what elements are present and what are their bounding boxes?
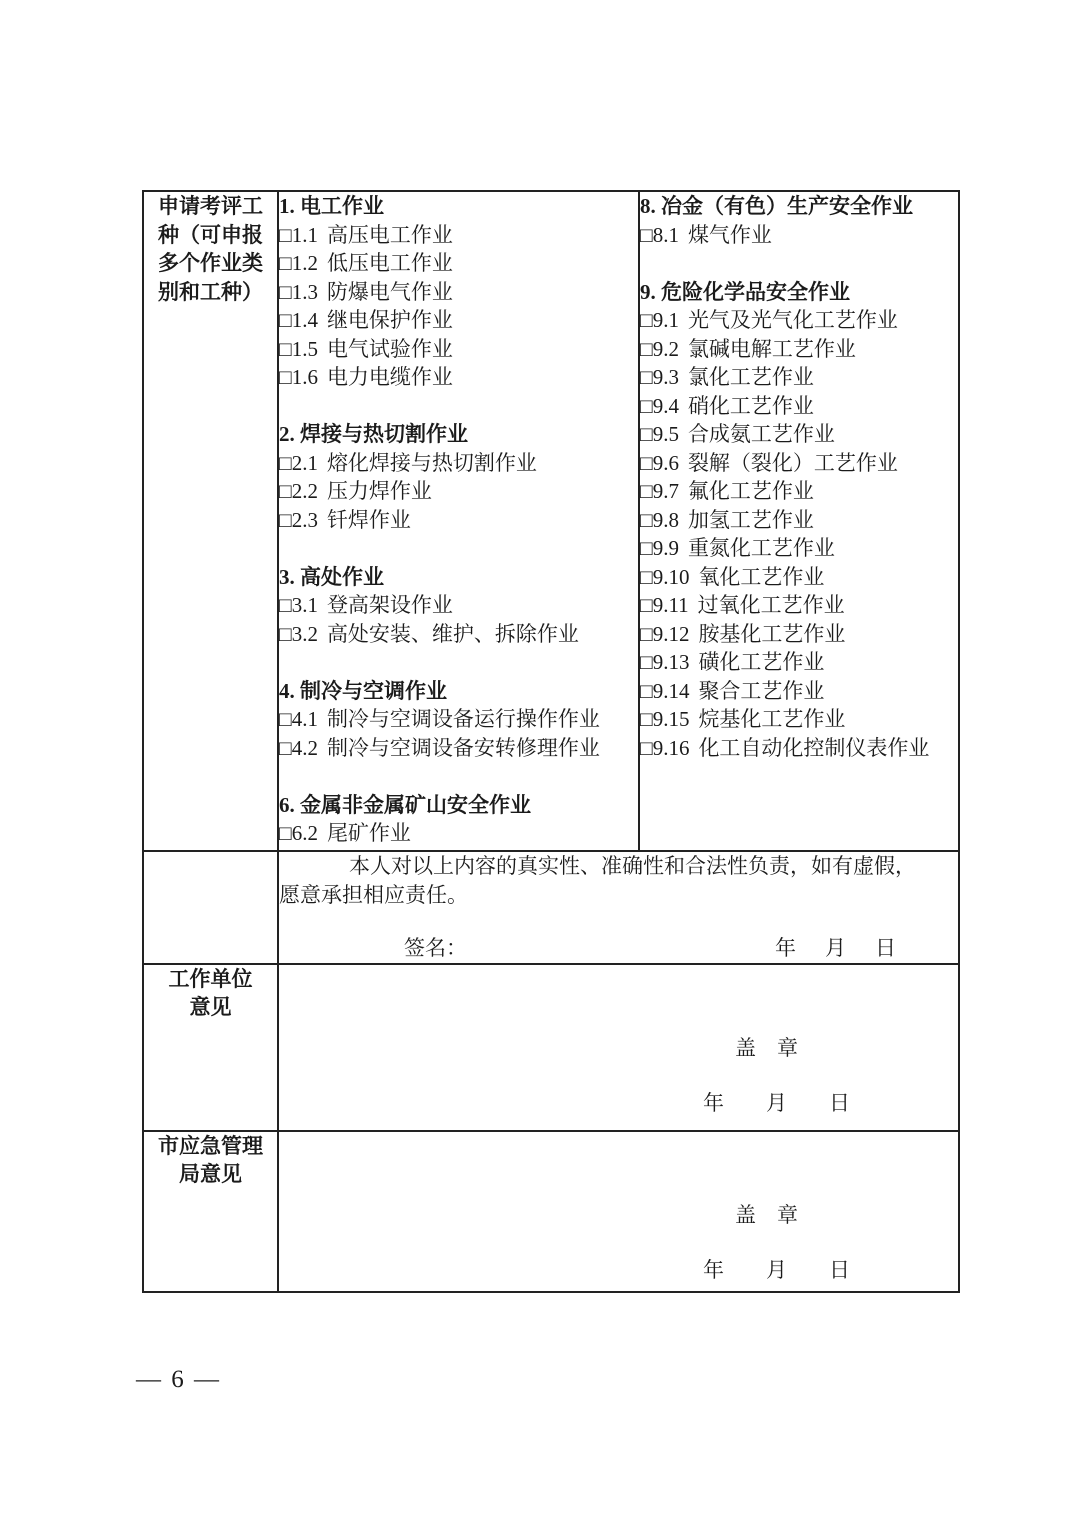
item-code: 9.4: [653, 394, 679, 418]
checkbox-item: □2.3钎焊作业: [279, 506, 638, 535]
checkbox-item: □9.7氟化工艺作业: [640, 477, 958, 506]
checkbox-item: □9.2氯碱电解工艺作业: [640, 335, 958, 364]
item-code: 9.6: [653, 451, 679, 475]
item-code: 3.2: [292, 622, 318, 646]
item-label: 高压电工作业: [327, 223, 453, 247]
item-label: 化工自动化控制仪表作业: [698, 736, 929, 760]
checkbox-icon: □: [640, 650, 653, 674]
item-label: 尾矿作业: [327, 821, 411, 845]
worktype-group: 4. 制冷与空调作业□4.1制冷与空调设备运行操作作业□4.2制冷与空调设备安转…: [279, 677, 638, 763]
page-number: — 6 —: [136, 1366, 221, 1394]
checkbox-icon: □: [640, 394, 653, 418]
checkbox-icon: □: [279, 479, 292, 503]
checkbox-icon: □: [640, 565, 653, 589]
item-code: 2.3: [292, 508, 318, 532]
item-label: 登高架设作业: [327, 593, 453, 617]
item-label: 磺化工艺作业: [698, 650, 824, 674]
worktype-group: 6. 金属非金属矿山安全作业□6.2尾矿作业: [279, 791, 638, 848]
item-label: 压力焊作业: [327, 479, 432, 503]
worktypes-label-cell: 申请考评工种（可申报多个作业类别和工种）: [143, 191, 278, 851]
checkbox-icon: □: [279, 821, 292, 845]
checkbox-item: □2.2压力焊作业: [279, 477, 638, 506]
item-label: 氟化工艺作业: [688, 479, 814, 503]
item-code: 1.1: [292, 223, 318, 247]
worktype-group-list: 8. 冶金（有色）生产安全作业□8.1煤气作业9. 危险化学品安全作业□9.1光…: [640, 192, 958, 762]
checkbox-icon: □: [640, 308, 653, 332]
bureau-opinion-row: 市应急管理局意见 盖 章 年 月 日: [143, 1131, 959, 1292]
checkbox-icon: □: [279, 593, 292, 617]
application-form-table: 申请考评工种（可申报多个作业类别和工种） 1. 电工作业□1.1高压电工作业□1…: [142, 190, 960, 1293]
checkbox-item: □9.1光气及光气化工艺作业: [640, 306, 958, 335]
bureau-opinion-box: 盖 章 年 月 日: [279, 1132, 958, 1285]
item-label: 胺基化工艺作业: [698, 622, 845, 646]
worktypes-label: 申请考评工种（可申报多个作业类别和工种）: [156, 192, 266, 306]
signature-label: 签名：: [404, 934, 467, 963]
unit-opinion-label-cell: 工作单位意见: [143, 964, 278, 1131]
checkbox-item: □1.5电气试验作业: [279, 335, 638, 364]
checkbox-item: □9.3氯化工艺作业: [640, 363, 958, 392]
declaration-row: 本人对以上内容的真实性、准确性和合法性负责，如有虚假， 愿意承担相应责任。 签名…: [143, 851, 959, 964]
item-code: 1.2: [292, 251, 318, 275]
bureau-seal-label: 盖 章: [735, 1201, 798, 1230]
item-label: 继电保护作业: [327, 308, 453, 332]
item-label: 聚合工艺作业: [698, 679, 824, 703]
checkbox-icon: □: [279, 337, 292, 361]
item-code: 3.1: [292, 593, 318, 617]
item-label: 光气及光气化工艺作业: [688, 308, 898, 332]
checkbox-icon: □: [640, 223, 653, 247]
item-label: 制冷与空调设备运行操作作业: [327, 707, 600, 731]
item-code: 9.5: [653, 422, 679, 446]
item-code: 9.2: [653, 337, 679, 361]
checkbox-item: □1.1高压电工作业: [279, 221, 638, 250]
worktype-group: 9. 危险化学品安全作业□9.1光气及光气化工艺作业□9.2氯碱电解工艺作业□9…: [640, 278, 958, 763]
worktype-group: 3. 高处作业□3.1登高架设作业□3.2高处安装、维护、拆除作业: [279, 563, 638, 649]
declaration-text-line2: 愿意承担相应责任。: [279, 881, 958, 910]
checkbox-icon: □: [640, 451, 653, 475]
bureau-date-label: 年 月 日: [703, 1256, 850, 1285]
item-code: 9.7: [653, 479, 679, 503]
unit-opinion-row: 工作单位意见 盖 章 年 月 日: [143, 964, 959, 1131]
bureau-opinion-cell: 盖 章 年 月 日: [278, 1131, 959, 1292]
item-code: 1.6: [292, 365, 318, 389]
item-label: 高处安装、维护、拆除作业: [327, 622, 579, 646]
item-label: 氯碱电解工艺作业: [688, 337, 856, 361]
checkbox-item: □3.1登高架设作业: [279, 591, 638, 620]
checkbox-item: □9.6裂解（裂化）工艺作业: [640, 449, 958, 478]
item-code: 9.9: [653, 536, 679, 560]
item-code: 9.8: [653, 508, 679, 532]
checkbox-item: □9.10氧化工艺作业: [640, 563, 958, 592]
checkbox-item: □9.8加氢工艺作业: [640, 506, 958, 535]
checkbox-item: □9.4硝化工艺作业: [640, 392, 958, 421]
item-label: 烷基化工艺作业: [698, 707, 845, 731]
item-label: 过氧化工艺作业: [698, 593, 845, 617]
checkbox-icon: □: [279, 707, 292, 731]
item-label: 低压电工作业: [327, 251, 453, 275]
declaration-text-line1: 本人对以上内容的真实性、准确性和合法性负责，如有虚假，: [279, 852, 958, 881]
declaration-date-label: 年 月 日: [775, 934, 900, 963]
item-label: 钎焊作业: [327, 508, 411, 532]
item-code: 9.3: [653, 365, 679, 389]
checkbox-item: □9.13磺化工艺作业: [640, 648, 958, 677]
item-code: 2.2: [292, 479, 318, 503]
checkbox-icon: □: [640, 736, 653, 760]
item-label: 制冷与空调设备安转修理作业: [327, 736, 600, 760]
item-code: 9.15: [653, 707, 690, 731]
checkbox-icon: □: [279, 308, 292, 332]
group-title: 9. 危险化学品安全作业: [640, 278, 958, 307]
item-code: 1.3: [292, 280, 318, 304]
checkbox-icon: □: [279, 508, 292, 532]
checkbox-item: □1.3防爆电气作业: [279, 278, 638, 307]
checkbox-item: □9.5合成氨工艺作业: [640, 420, 958, 449]
worktype-group: 8. 冶金（有色）生产安全作业□8.1煤气作业: [640, 192, 958, 249]
checkbox-item: □9.12胺基化工艺作业: [640, 620, 958, 649]
item-code: 1.5: [292, 337, 318, 361]
declaration-cell: 本人对以上内容的真实性、准确性和合法性负责，如有虚假， 愿意承担相应责任。 签名…: [278, 851, 959, 964]
checkbox-item: □9.11过氧化工艺作业: [640, 591, 958, 620]
item-label: 裂解（裂化）工艺作业: [688, 451, 898, 475]
document-page: 申请考评工种（可申报多个作业类别和工种） 1. 电工作业□1.1高压电工作业□1…: [0, 0, 1074, 1520]
unit-seal-label: 盖 章: [735, 1034, 798, 1063]
item-code: 2.1: [292, 451, 318, 475]
checkbox-item: □1.4继电保护作业: [279, 306, 638, 335]
checkbox-icon: □: [640, 365, 653, 389]
checkbox-icon: □: [640, 679, 653, 703]
checkbox-icon: □: [640, 337, 653, 361]
group-title: 8. 冶金（有色）生产安全作业: [640, 192, 958, 221]
item-label: 防爆电气作业: [327, 280, 453, 304]
item-code: 8.1: [653, 223, 679, 247]
checkbox-icon: □: [640, 622, 653, 646]
item-code: 4.2: [292, 736, 318, 760]
group-title: 6. 金属非金属矿山安全作业: [279, 791, 638, 820]
checkbox-icon: □: [640, 707, 653, 731]
checkbox-item: □9.16化工自动化控制仪表作业: [640, 734, 958, 763]
item-code: 1.4: [292, 308, 318, 332]
item-label: 氯化工艺作业: [688, 365, 814, 389]
checkbox-item: □9.9重氮化工艺作业: [640, 534, 958, 563]
checkbox-icon: □: [640, 593, 653, 617]
checkbox-icon: □: [279, 251, 292, 275]
item-label: 电气试验作业: [327, 337, 453, 361]
item-code: 9.13: [653, 650, 690, 674]
item-label: 煤气作业: [688, 223, 772, 247]
signature-line: 签名： 年 月 日: [279, 934, 958, 963]
checkbox-icon: □: [279, 736, 292, 760]
bureau-opinion-label: 市应急管理局意见: [156, 1132, 266, 1189]
checkbox-item: □1.6电力电缆作业: [279, 363, 638, 392]
checkbox-item: □1.2低压电工作业: [279, 249, 638, 278]
checkbox-icon: □: [279, 223, 292, 247]
item-code: 6.2: [292, 821, 318, 845]
checkbox-icon: □: [279, 365, 292, 389]
worktype-group: 1. 电工作业□1.1高压电工作业□1.2低压电工作业□1.3防爆电气作业□1.…: [279, 192, 638, 392]
item-code: 9.1: [653, 308, 679, 332]
checkbox-item: □4.2制冷与空调设备安转修理作业: [279, 734, 638, 763]
unit-date-label: 年 月 日: [703, 1089, 850, 1118]
group-title: 3. 高处作业: [279, 563, 638, 592]
item-label: 熔化焊接与热切割作业: [327, 451, 537, 475]
item-label: 电力电缆作业: [327, 365, 453, 389]
worktypes-left-column: 1. 电工作业□1.1高压电工作业□1.2低压电工作业□1.3防爆电气作业□1.…: [278, 191, 639, 851]
item-code: 9.12: [653, 622, 690, 646]
item-code: 4.1: [292, 707, 318, 731]
checkbox-item: □4.1制冷与空调设备运行操作作业: [279, 705, 638, 734]
group-title: 1. 电工作业: [279, 192, 638, 221]
checkbox-icon: □: [640, 422, 653, 446]
checkbox-item: □3.2高处安装、维护、拆除作业: [279, 620, 638, 649]
unit-opinion-box: 盖 章 年 月 日: [279, 965, 958, 1118]
worktype-group: 2. 焊接与热切割作业□2.1熔化焊接与热切割作业□2.2压力焊作业□2.3钎焊…: [279, 420, 638, 534]
item-label: 重氮化工艺作业: [688, 536, 835, 560]
item-code: 9.16: [653, 736, 690, 760]
item-label: 加氢工艺作业: [688, 508, 814, 532]
group-title: 4. 制冷与空调作业: [279, 677, 638, 706]
bureau-opinion-label-cell: 市应急管理局意见: [143, 1131, 278, 1292]
checkbox-icon: □: [640, 536, 653, 560]
group-title: 2. 焊接与热切割作业: [279, 420, 638, 449]
worktypes-row: 申请考评工种（可申报多个作业类别和工种） 1. 电工作业□1.1高压电工作业□1…: [143, 191, 959, 851]
item-label: 合成氨工艺作业: [688, 422, 835, 446]
worktype-group-list: 1. 电工作业□1.1高压电工作业□1.2低压电工作业□1.3防爆电气作业□1.…: [279, 192, 638, 848]
checkbox-icon: □: [279, 280, 292, 304]
checkbox-item: □2.1熔化焊接与热切割作业: [279, 449, 638, 478]
empty-cell: [143, 851, 278, 964]
checkbox-item: □6.2尾矿作业: [279, 819, 638, 848]
item-label: 硝化工艺作业: [688, 394, 814, 418]
checkbox-item: □8.1煤气作业: [640, 221, 958, 250]
checkbox-item: □9.14聚合工艺作业: [640, 677, 958, 706]
unit-opinion-cell: 盖 章 年 月 日: [278, 964, 959, 1131]
checkbox-icon: □: [279, 451, 292, 475]
unit-opinion-label: 工作单位意见: [167, 965, 255, 1022]
checkbox-icon: □: [279, 622, 292, 646]
item-label: 氧化工艺作业: [698, 565, 824, 589]
worktypes-right-column: 8. 冶金（有色）生产安全作业□8.1煤气作业9. 危险化学品安全作业□9.1光…: [639, 191, 959, 851]
item-code: 9.10: [653, 565, 690, 589]
item-code: 9.11: [653, 593, 689, 617]
checkbox-icon: □: [640, 479, 653, 503]
item-code: 9.14: [653, 679, 690, 703]
checkbox-item: □9.15烷基化工艺作业: [640, 705, 958, 734]
checkbox-icon: □: [640, 508, 653, 532]
